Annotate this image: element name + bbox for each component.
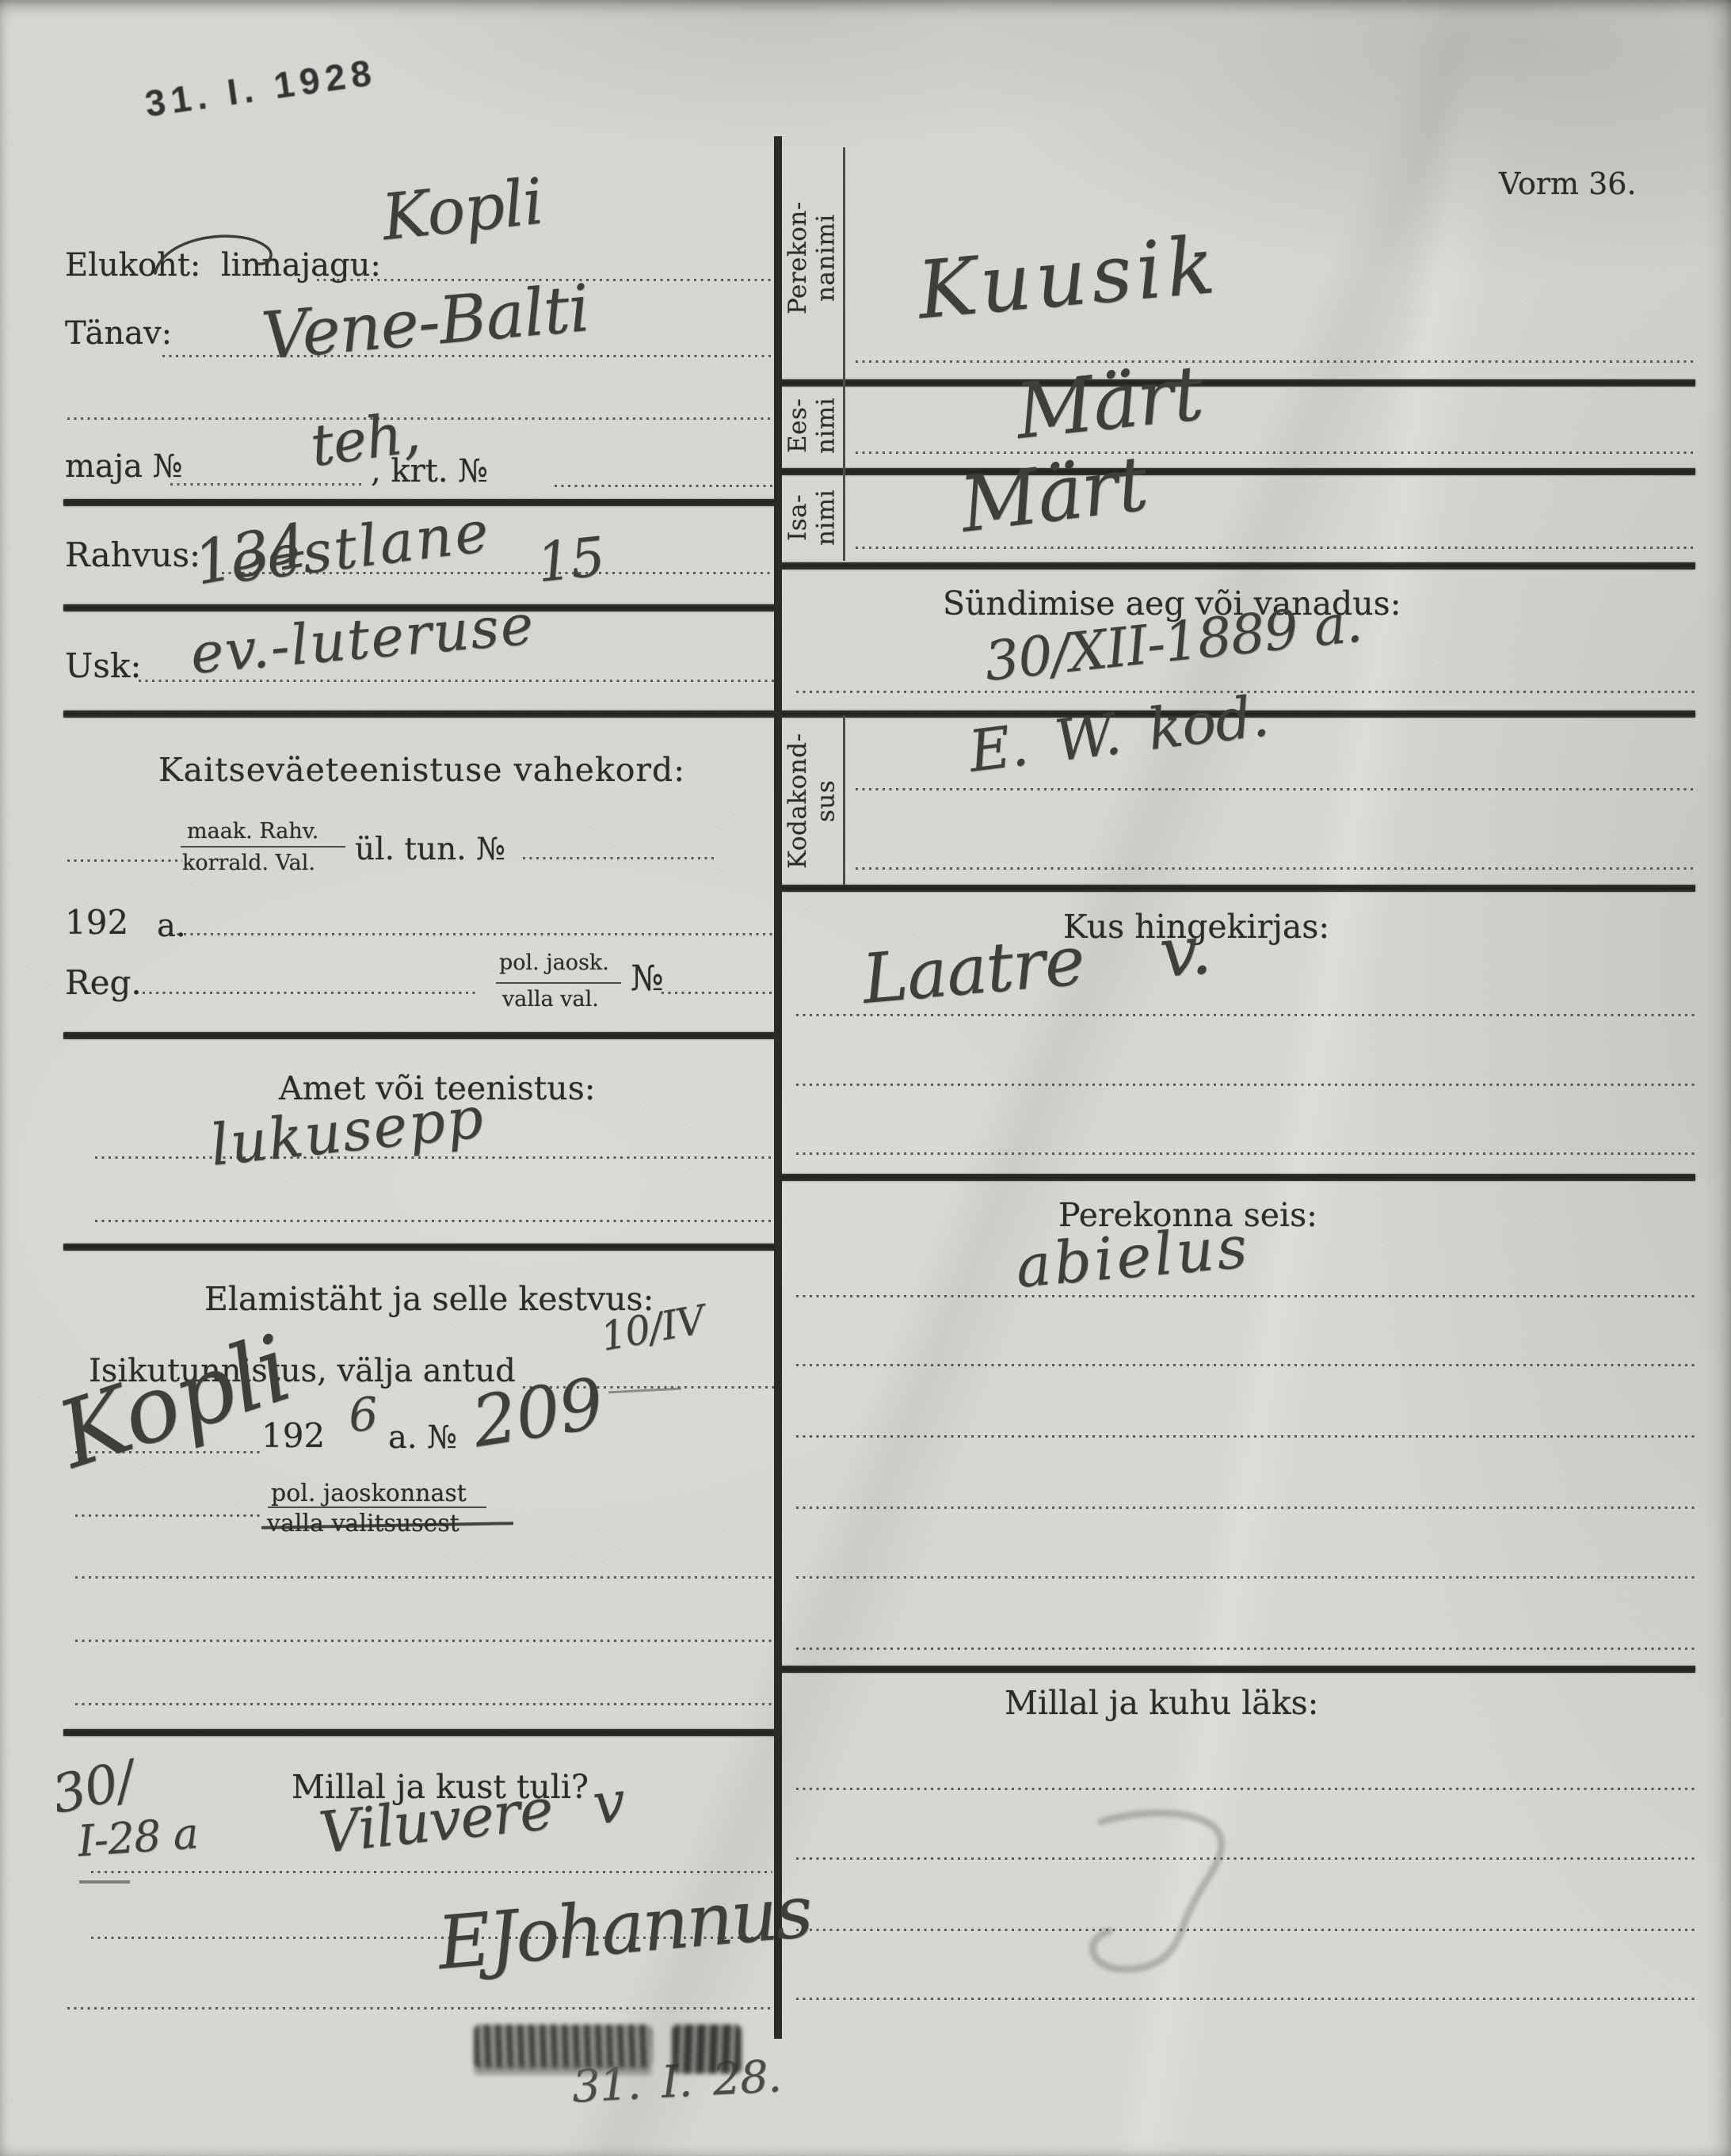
section-rule (778, 468, 1695, 475)
arrival-signature: EJohannus (434, 1869, 814, 1986)
pencil-ghost-mark (1066, 1804, 1264, 1994)
dotted-line (67, 859, 182, 862)
departure-heading: Millal ja kuhu läks: (1005, 1684, 1318, 1722)
dotted-line (95, 1156, 776, 1159)
military-frac-top: maak. Rahv. (187, 819, 318, 844)
id-source-top: pol. jaoskonnast (271, 1480, 467, 1507)
id-place-value: Kopli (46, 1315, 303, 1489)
dotted-line (662, 992, 776, 994)
scanned-form-page: 31. I. 1928 Vorm 36. Elukoht: linnajagu:… (0, 0, 1731, 2156)
form-number: Vorm 36. (1499, 166, 1637, 201)
reg-frac-line (496, 982, 621, 984)
id-year-value: 6 (347, 1387, 379, 1442)
reg-number-sign: № (631, 958, 664, 999)
dotted-line (796, 1647, 1695, 1650)
residence-value: Kopli (379, 165, 547, 255)
label-strip-line (843, 715, 845, 885)
citizenship-value: E. W. kod. (965, 682, 1272, 785)
section-rule (63, 710, 778, 718)
dotted-line (856, 867, 1695, 870)
street-label: Tänav: (65, 315, 172, 352)
illegible-stamp (474, 2025, 652, 2069)
apartment-number-value: 15 (534, 526, 607, 595)
arrival-date-underline (79, 1880, 130, 1884)
dotted-line (856, 360, 1695, 363)
section-rule (778, 562, 1695, 569)
reg-frac-top: pol. jaosk. (499, 950, 609, 975)
column-divider (774, 136, 782, 2039)
dotted-line (796, 1576, 1695, 1579)
residence-permit-heading: Elamistäht ja selle kestvus: (204, 1280, 654, 1318)
nationality-label: Rahvus: (65, 535, 200, 574)
register-label: Reg. (65, 963, 142, 1002)
date-stamp: 31. I. 1928 (143, 51, 379, 125)
first-name-vertical-label: Ees- nimi (784, 386, 843, 465)
house-number-label: maja № (65, 448, 183, 485)
dotted-line (796, 1364, 1695, 1366)
citizenship-vertical-label: Kodakond- sus (784, 717, 843, 885)
occupation-value: lukusepp (208, 1084, 488, 1179)
handwriting-flourish-stroke (149, 224, 284, 288)
dotted-line (75, 1703, 776, 1705)
military-year-prefix: 192 (65, 903, 128, 942)
id-source-bottom: valla valitsusest (267, 1510, 459, 1537)
dotted-line (796, 1507, 1695, 1509)
dotted-line (75, 1514, 261, 1517)
section-rule (63, 1244, 778, 1251)
dotted-line (523, 857, 717, 859)
dotted-line (143, 992, 475, 994)
military-after-frac: ül. tun. № (355, 832, 505, 867)
dotted-line (796, 1152, 1695, 1155)
dotted-line (170, 483, 364, 486)
section-rule (778, 379, 1695, 387)
dotted-line (555, 485, 776, 487)
illegible-stamp (672, 2025, 742, 2074)
arrival-date-part2: I-28 a (76, 1808, 200, 1866)
surname-value: Kuusik (914, 219, 1223, 337)
id-year-suffix: a. № (388, 1419, 457, 1456)
label-strip-line (843, 147, 845, 561)
dotted-line (796, 1084, 1695, 1086)
dotted-line (796, 1998, 1695, 2000)
section-rule (778, 1666, 1695, 1673)
surname-vertical-label: Perekon- nanimi (784, 154, 843, 362)
family-status-value: abielus (1013, 1213, 1253, 1301)
religion-label: Usk: (65, 646, 142, 685)
dotted-line (856, 451, 1695, 454)
military-frac-bottom: korrald. Val. (182, 851, 315, 875)
section-rule (63, 1729, 778, 1736)
dotted-line (95, 1220, 776, 1222)
street-value: Vene-Balti (259, 271, 593, 375)
reg-frac-bottom: valla val. (502, 987, 599, 1011)
dotted-line (170, 933, 776, 935)
dotted-line (91, 1871, 772, 1873)
dotted-line (796, 1295, 1695, 1297)
military-service-heading: Kaitseväeteenistuse vahekord: (158, 751, 685, 789)
section-rule (778, 1174, 1695, 1181)
dotted-line (67, 2007, 772, 2009)
section-rule (63, 1032, 778, 1039)
dotted-line (796, 1788, 1695, 1790)
illegible-stamp (474, 2066, 652, 2075)
dotted-line (796, 1435, 1695, 1438)
father-name-vertical-label: Isa- nimi (784, 475, 843, 559)
register-place-value: Laatre v. (859, 910, 1213, 1019)
dotted-line (75, 1576, 776, 1579)
military-frac-line (181, 846, 345, 848)
section-rule (778, 885, 1695, 892)
nationality-value: eestlane (227, 497, 494, 596)
dotted-line (75, 1640, 776, 1642)
military-year-suffix: a. (157, 908, 186, 944)
dotted-line (67, 417, 776, 420)
father-name-value: Märt (955, 439, 1152, 550)
dotted-line (796, 1014, 1695, 1016)
dotted-line (856, 788, 1695, 790)
first-name-value: Märt (1012, 349, 1207, 456)
